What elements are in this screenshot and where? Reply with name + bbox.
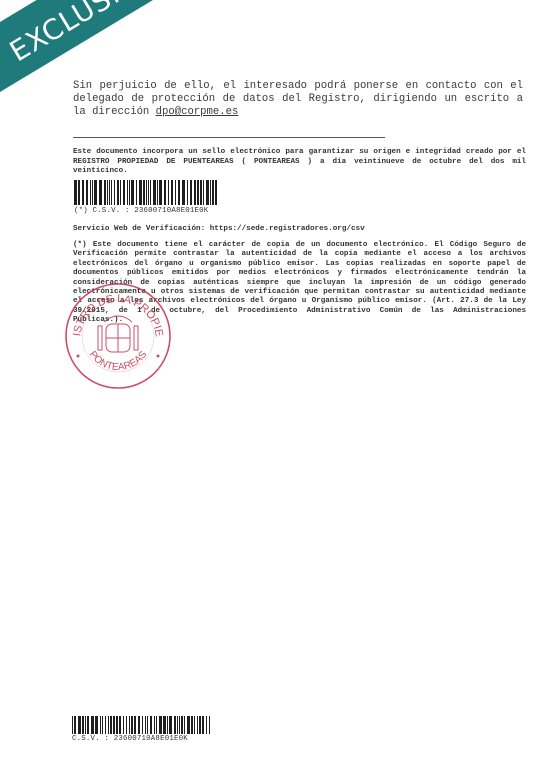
privacy-paragraph: Sin perjuicio de ello, el interesado pod… bbox=[73, 80, 523, 119]
svg-text:REGISTRO DE LA PROPIEDAD: REGISTRO DE LA PROPIEDAD bbox=[64, 282, 165, 338]
csv-barcode-bottom bbox=[72, 716, 212, 734]
verification-service-url[interactable]: Servicio Web de Verificación: https://se… bbox=[73, 225, 365, 233]
divider bbox=[73, 137, 385, 138]
svg-text:PONTEAREAS: PONTEAREAS bbox=[87, 349, 150, 373]
csv-barcode-top bbox=[74, 180, 218, 205]
coat-of-arms-icon bbox=[98, 316, 138, 352]
registry-stamp: REGISTRO DE LA PROPIEDAD PONTEAREAS bbox=[64, 282, 172, 390]
document-page: Sin perjuicio de ello, el interesado pod… bbox=[0, 0, 545, 768]
dpo-email-link[interactable]: dpo@corpme.es bbox=[156, 106, 239, 118]
csv-code-bottom: C.S.V. : 23600710A8E01E0K bbox=[72, 735, 188, 743]
seal-notice: Este documento incorpora un sello electr… bbox=[73, 148, 526, 177]
csv-code-top: (*) C.S.V. : 23600710A8E01E0K bbox=[74, 207, 208, 215]
privacy-prefix: Sin perjuicio bbox=[73, 80, 157, 92]
